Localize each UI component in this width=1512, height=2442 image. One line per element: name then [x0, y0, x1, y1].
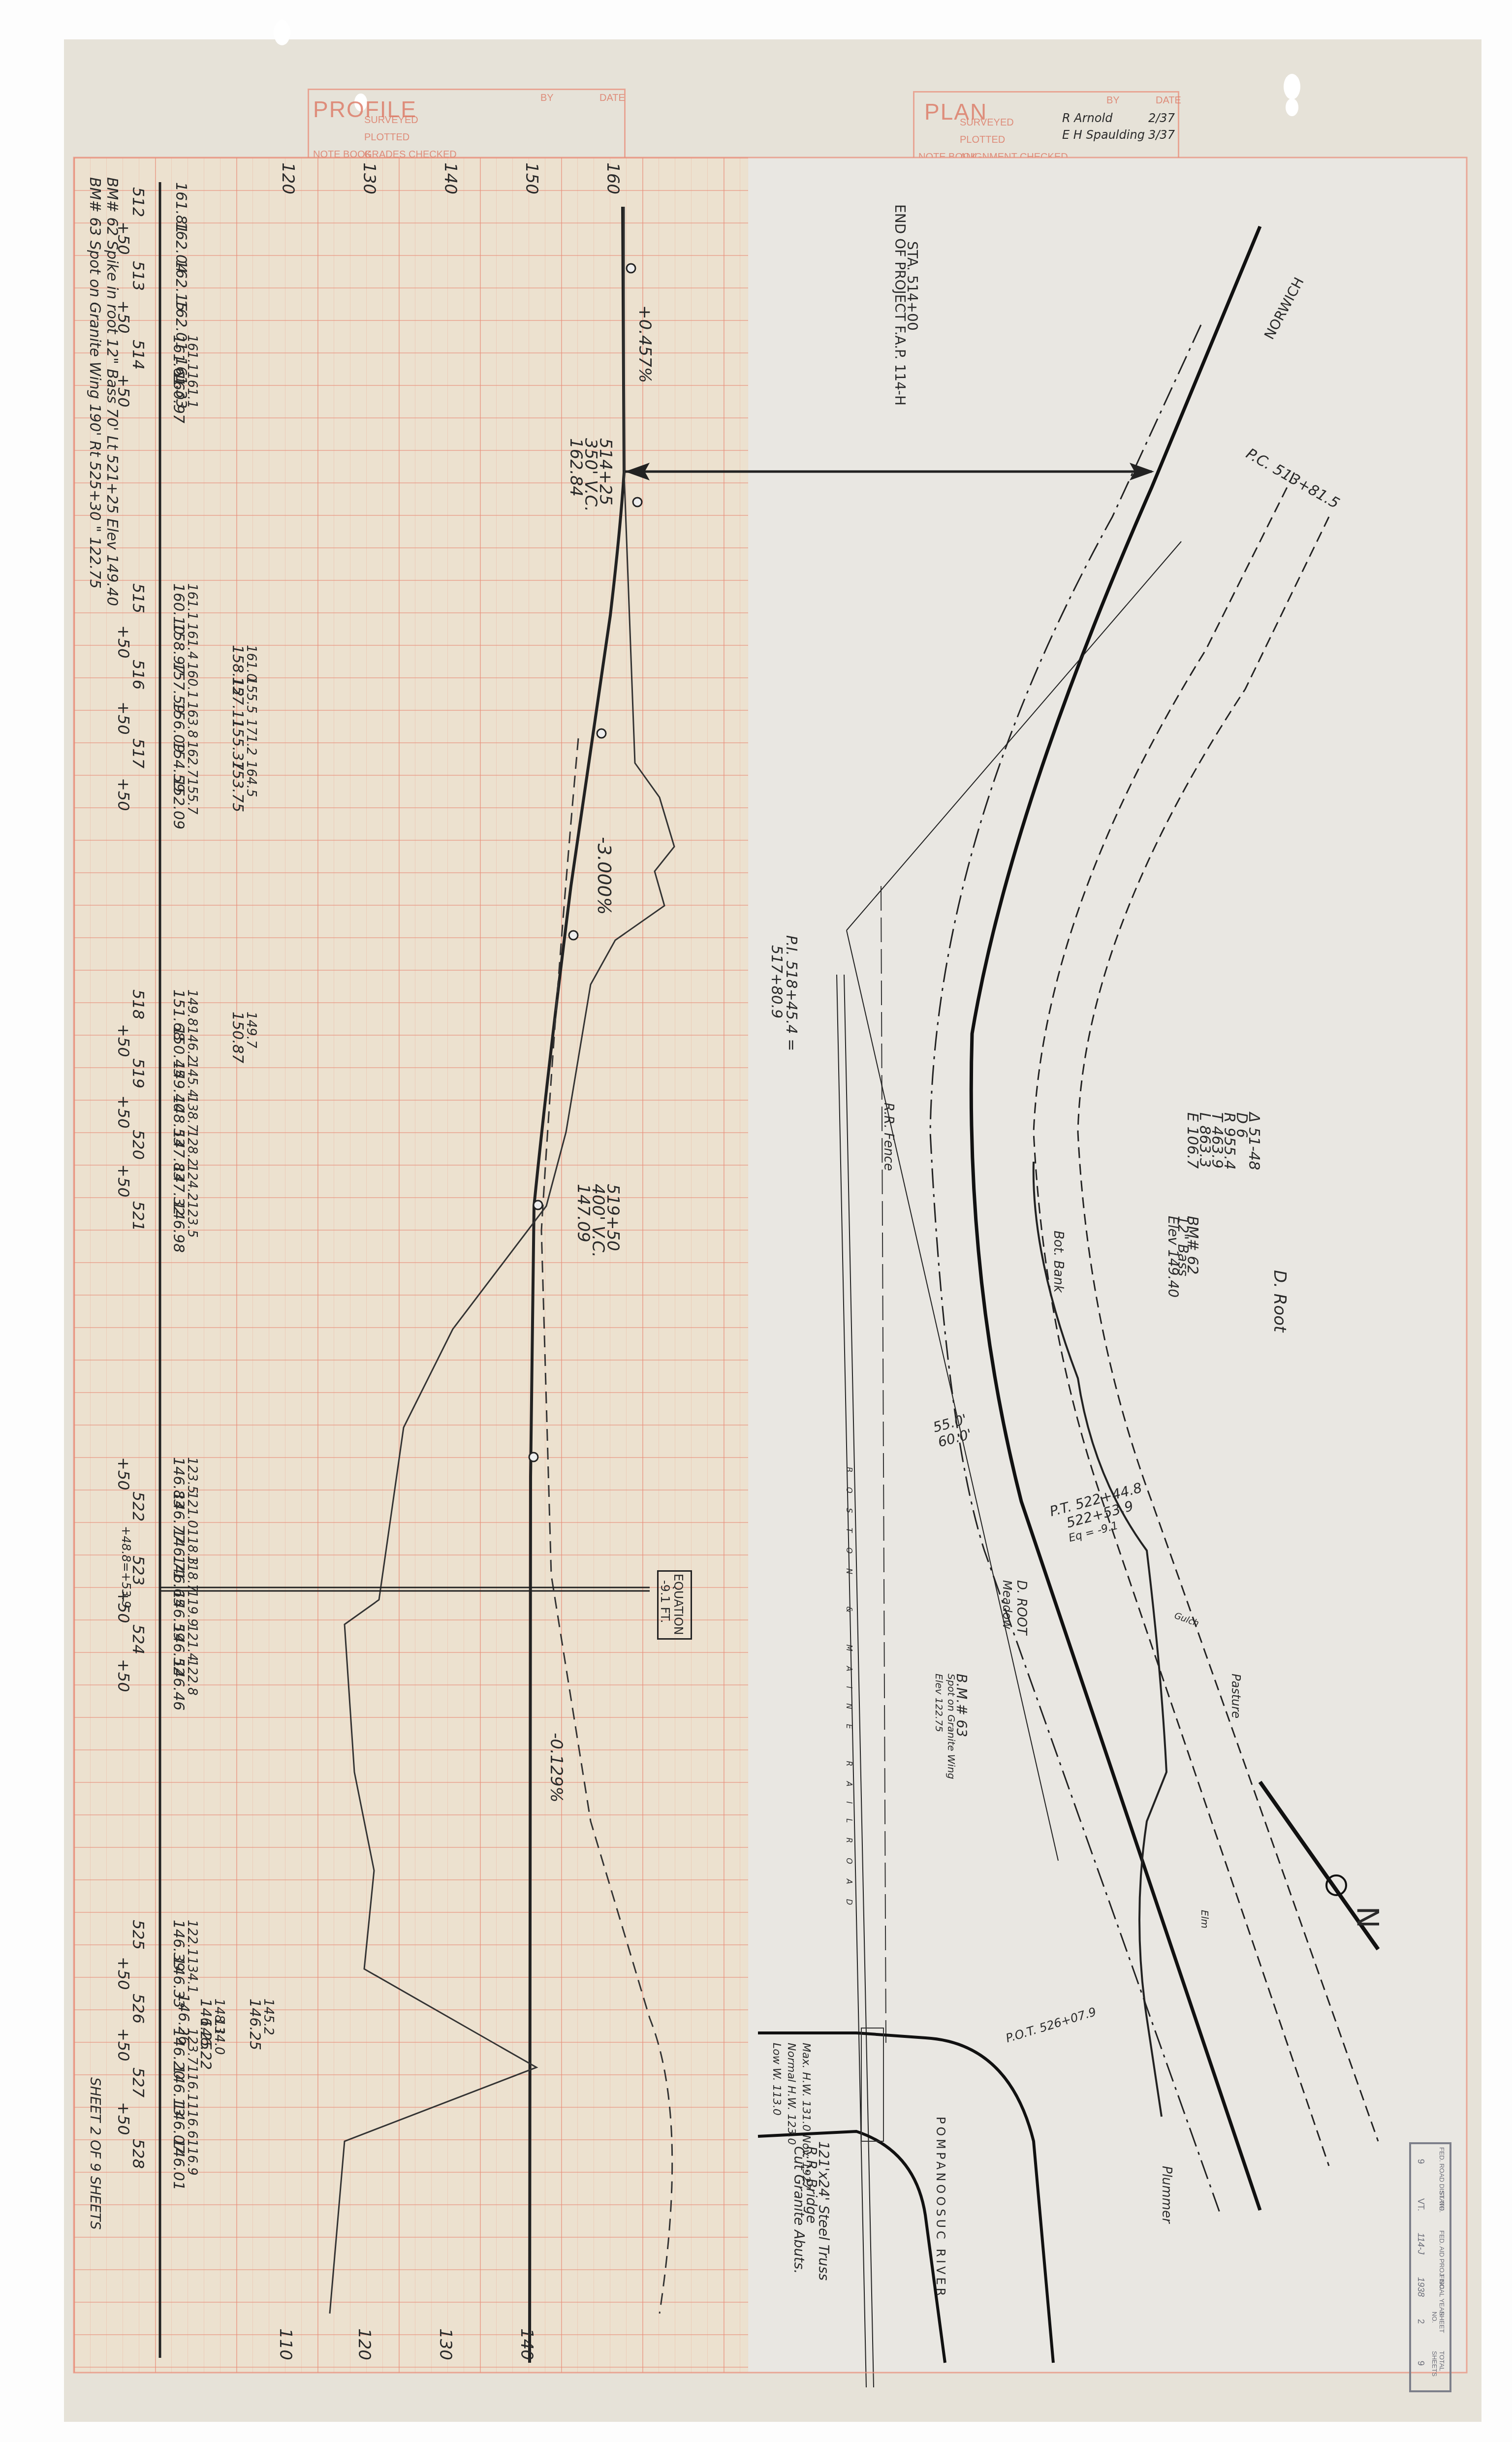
equation-value: -9.1 FT.	[658, 1580, 672, 1623]
pasture-label: Pasture	[1229, 1674, 1243, 1718]
elev-tick-140: 140	[441, 162, 460, 194]
plummer-label: Plummer	[1159, 2166, 1174, 2223]
meadow-label: Meadow	[1000, 1580, 1014, 1629]
elm-label: Elm	[1199, 1910, 1211, 1929]
elev-tick-120: 120	[278, 162, 298, 194]
elev-tick-120b: 120	[354, 2328, 374, 2360]
end-of-project-label: END OF PROJECT F.A.P. 114-H	[892, 204, 908, 406]
grade-label-3: -0.129%	[546, 1733, 566, 1803]
grade-label-2: -3.000%	[594, 837, 615, 915]
elev-tick-130: 130	[359, 162, 379, 194]
pi-label-2: 517+80.9	[768, 945, 785, 1018]
grade-label-1: +0.457%	[635, 305, 655, 383]
rr-fence-label: R.R. Fence	[881, 1103, 896, 1171]
river-label: POMPANOOSUC RIVER	[934, 2117, 947, 2299]
elev-tick-160: 160	[603, 162, 623, 194]
sheet-note: SHEET 2 OF 9 SHEETS	[87, 2077, 103, 2230]
bot-bank-label-1: Bot. Bank	[1051, 1231, 1066, 1293]
benchmark-note-63: BM# 63 Spot on Granite Wing 190' Rt 525+…	[86, 177, 103, 589]
elev-tick-110: 110	[276, 2328, 295, 2360]
elev-tick-150: 150	[522, 162, 541, 194]
project-stamp: FED. ROAD DIST. NO. 9 STATE VT. FED. AID…	[1409, 2142, 1451, 2392]
drawing-linework	[0, 0, 1512, 2442]
elev-tick-130b: 130	[436, 2328, 455, 2360]
owner-d-root-meadow: D. ROOT	[1014, 1580, 1029, 1635]
equation-title: EQUATION	[671, 1574, 685, 1635]
elev-tick-140b: 140	[517, 2328, 536, 2360]
owner-d-root: D. Root	[1270, 1270, 1290, 1332]
north-arrow-label: N	[1352, 1906, 1386, 1929]
pi-label-1: P.I. 518+45.4 =	[783, 935, 800, 1051]
railroad-label: BOSTON & MAINE RAILROAD	[845, 1467, 854, 1920]
